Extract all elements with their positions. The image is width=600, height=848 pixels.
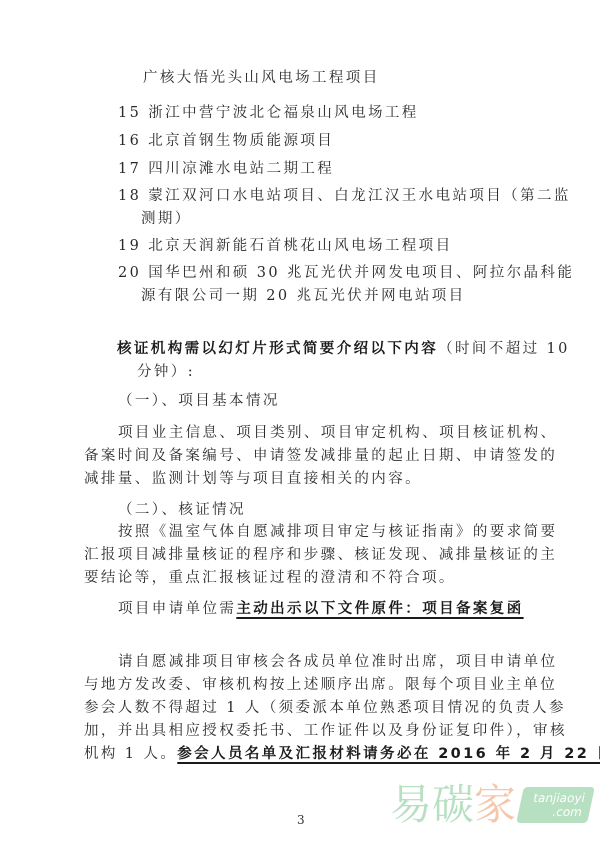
attendance-last-emphasis: 参会人员名单及汇报材料请务必在 2016 年 2 月 22 日 [177, 746, 600, 762]
attendance-line1: 请自愿减排项目审核会各成员单位准时出席，项目申请单位 [118, 653, 557, 671]
item-text: 北京天润新能石首桃花山风电场工程项目 [148, 238, 452, 254]
attendance-last-prefix: 机构 1 人。 [84, 746, 177, 762]
watermark-badge-line1: tanjiaoyi [532, 791, 586, 805]
project-item-20-cont: 源有限公司一期 20 兆瓦光伏并网电站项目 [141, 287, 466, 305]
project-item-18-cont: 测期） [141, 210, 192, 228]
attendance-line2: 与地方发改委、审核机构按上述顺序出席。限每个项目业主单位 [84, 676, 557, 694]
item-number: 19 [118, 238, 141, 254]
section2-body-line1: 按照《温室气体自愿减排项目审定与核证指南》的要求简要 [118, 523, 557, 541]
watermark-char-tan: 碳 [432, 780, 474, 830]
watermark-char-jia: 家 [474, 780, 516, 830]
attendance-line4: 加，并出具相应授权委托书、工作证件以及身份证复印件），审核 [84, 722, 567, 740]
section2-body-line3: 要结论等，重点汇报核证过程的澄清和不符合项。 [84, 569, 456, 587]
watermark-badge: tanjiaoyi .com [516, 787, 595, 823]
documents-emphasis: 主动出示以下文件原件：项目备案复函 [236, 601, 523, 617]
project-item-20: 20 国华巴州和硕 30 兆瓦光伏并网发电项目、阿拉尔晶科能 [118, 264, 574, 282]
attendance-line5: 机构 1 人。参会人员名单及汇报材料请务必在 2016 年 2 月 22 日 [84, 745, 600, 763]
item-number: 15 [118, 105, 141, 121]
item-number: 17 [118, 161, 141, 177]
page-number: 3 [297, 813, 305, 827]
project-item-17: 17 四川凉滩水电站二期工程 [118, 160, 334, 178]
documents-prefix: 项目申请单位需 [118, 601, 236, 617]
project-item-18: 18 蒙江双河口水电站项目、白龙江汉王水电站项目（第二监 [118, 187, 571, 205]
project-item-15: 15 浙江中营宁波北仑福泉山风电场工程 [118, 104, 419, 122]
item-text: 北京首钢生物质能源项目 [148, 133, 334, 149]
section1-body-line3: 减排量、监测计划等与项目直接相关的内容。 [84, 470, 422, 488]
section2-title: （二）、核证情况 [118, 501, 246, 519]
section1-title: （一）、项目基本情况 [118, 392, 280, 410]
presentation-intro-normal: （时间不超过 10 [438, 341, 570, 357]
attendance-line3: 参会人数不得超过 1 人（须委派本单位熟悉项目情况的负责人参 [84, 699, 566, 717]
presentation-intro-cont: 分钟）: [137, 363, 195, 381]
item-text: 蒙江双河口水电站项目、白龙江汉王水电站项目（第二监 [148, 188, 571, 204]
section2-body-line2: 汇报项目减排量核证的程序和步骤、核证发现、减排量核证的主 [84, 546, 557, 564]
watermark-logo: 易 碳 家 tanjiaoyi .com [390, 780, 592, 830]
item-text: 国华巴州和硕 30 兆瓦光伏并网发电项目、阿拉尔晶科能 [148, 265, 574, 281]
presentation-intro-bold: 核证机构需以幻灯片形式简要介绍以下内容 [117, 341, 438, 357]
item-text: 四川凉滩水电站二期工程 [148, 161, 334, 177]
item-number: 20 [118, 265, 141, 281]
item-number: 18 [118, 188, 141, 204]
section1-body-line1: 项目业主信息、项目类别、项目审定机构、项目核证机构、 [118, 424, 557, 442]
item-number: 16 [118, 133, 141, 149]
watermark-char-yi: 易 [390, 780, 432, 830]
project-item-16: 16 北京首钢生物质能源项目 [118, 132, 334, 150]
watermark-badge-line2: .com [529, 805, 583, 819]
section1-body-line2: 备案时间及备案编号、申请签发减排量的起止日期、申请签发的 [84, 447, 557, 465]
presentation-intro: 核证机构需以幻灯片形式简要介绍以下内容（时间不超过 10 [117, 340, 570, 358]
project-item-19: 19 北京天润新能石首桃花山风电场工程项目 [118, 237, 452, 255]
project-item-14-cont: 广核大悟光头山风电场工程项目 [143, 69, 380, 87]
item-text: 浙江中营宁波北仑福泉山风电场工程 [148, 105, 418, 121]
documents-required: 项目申请单位需主动出示以下文件原件：项目备案复函 [118, 600, 524, 618]
